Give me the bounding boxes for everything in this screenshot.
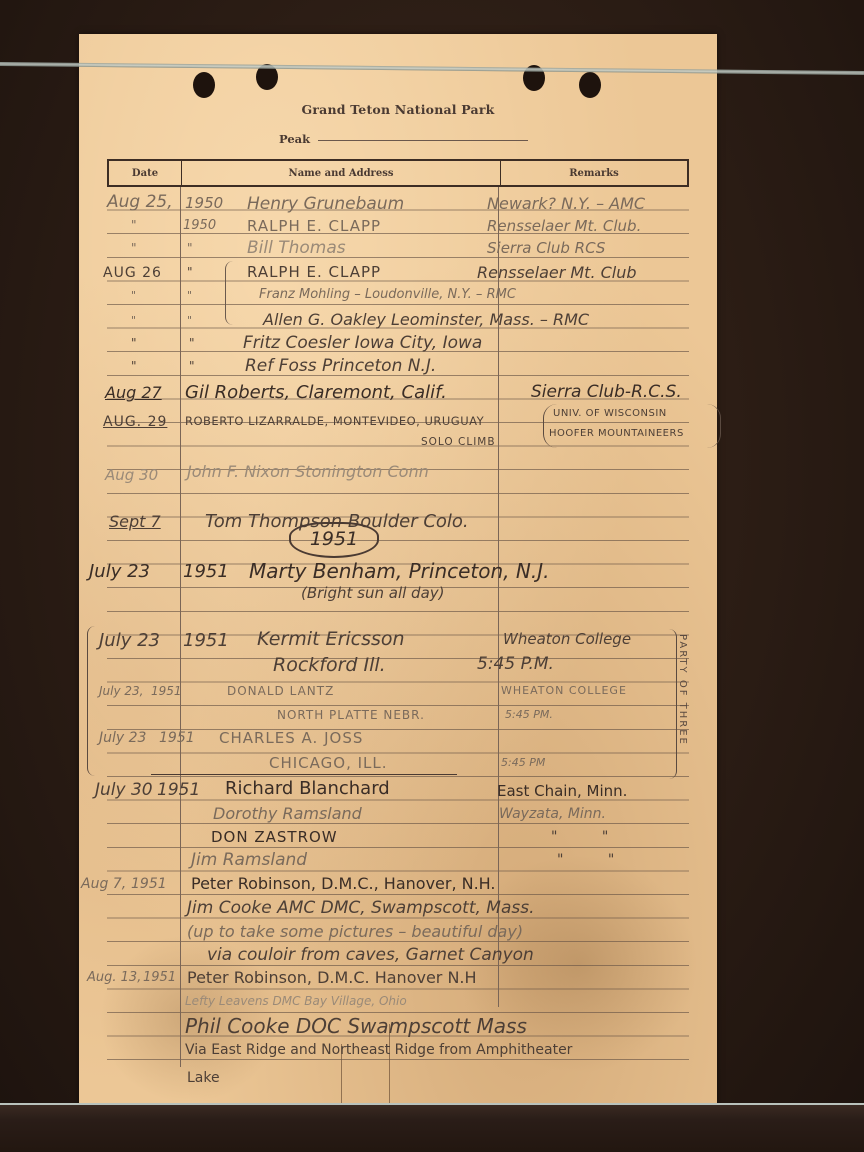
group-brace-left	[87, 626, 98, 776]
entry-remarks: HOOFER MOUNTAINEERS	[549, 428, 684, 439]
entry-date: July 23	[89, 561, 150, 582]
entry-remarks: UNIV. OF WISCONSIN	[553, 408, 667, 419]
entry-name: Phil Cooke DOC Swampscott Mass	[185, 1014, 527, 1038]
group-brace-right	[666, 629, 677, 779]
entry-date: July 23	[99, 730, 146, 746]
entry-name: Peter Robinson, D.M.C., Hanover, N.H.	[191, 874, 496, 893]
entry-year: 1951	[151, 684, 182, 698]
entry-name: Gil Roberts, Claremont, Calif.	[185, 382, 447, 403]
entry-remarks: Wayzata, Minn.	[499, 806, 606, 822]
entry-note: via couloir from caves, Garnet Canyon	[207, 945, 534, 965]
entry-year: "	[187, 314, 192, 327]
column-header-remarks: Remarks	[501, 161, 687, 185]
entry-note: (up to take some pictures – beautiful da…	[187, 922, 523, 941]
entry-name: Fritz Coesler Iowa City, Iowa	[243, 333, 482, 353]
entry-name: Richard Blanchard	[225, 778, 390, 799]
column-header-name: Name and Address	[182, 161, 501, 185]
entry-remarks: WHEATON COLLEGE	[501, 684, 627, 697]
entry-year: 1950	[183, 218, 216, 233]
entry-name: DON ZASTROW	[211, 828, 338, 846]
entry-year: 1951	[131, 876, 167, 892]
entry-date: July 23	[99, 630, 160, 651]
punch-hole	[193, 72, 215, 98]
peak-blank-line	[318, 140, 528, 141]
entry-date: "	[131, 289, 136, 302]
display-shelf	[0, 1103, 864, 1152]
entry-date: July 30	[95, 780, 153, 800]
entry-date: Sept 7	[109, 512, 161, 531]
entry-name: Dorothy Ramsland	[213, 804, 362, 823]
entry-note: Lake	[187, 1070, 220, 1086]
entry-name: Allen G. Oakley Leominster, Mass. – RMC	[263, 310, 589, 329]
peak-label: Peak	[279, 132, 310, 146]
entry-name: Bill Thomas	[247, 238, 346, 258]
section-underline	[151, 774, 457, 775]
entry-note: (Bright sun all day)	[301, 584, 445, 602]
entry-name: Marty Benham, Princeton, N.J.	[249, 559, 549, 583]
entry-address: CHICAGO, ILL.	[269, 754, 388, 772]
group-brace	[225, 261, 234, 325]
entry-date: Aug. 13,	[87, 970, 141, 985]
entry-name: Kermit Ericsson	[257, 628, 405, 650]
summit-register-sheet: Grand Teton National Park Peak Date Name…	[79, 34, 717, 1106]
entry-date: "	[131, 218, 137, 232]
entry-year: 1951	[183, 561, 229, 582]
entry-year: "	[189, 359, 195, 373]
entry-date: Aug 7,	[81, 876, 126, 892]
entry-time: 5:45 PM.	[505, 708, 553, 721]
entry-date: AUG 26	[103, 265, 162, 281]
entry-year: 1950	[185, 194, 223, 212]
entry-date: Aug 25,	[107, 192, 173, 212]
entry-time: 5:45 P.M.	[477, 654, 554, 674]
entry-year: "	[187, 289, 192, 302]
entry-name: Lefty Leavens DMC Bay Village, Ohio	[185, 994, 407, 1008]
entry-address: Rockford Ill.	[273, 654, 386, 676]
entry-date: "	[131, 241, 137, 255]
entry-name-note: SOLO CLIMB	[421, 436, 496, 448]
entry-remarks: Rensselaer Mt. Club.	[487, 217, 641, 235]
entry-date: Aug 30	[105, 466, 158, 484]
entry-name: Jim Cooke AMC DMC, Swampscott, Mass.	[187, 898, 535, 918]
entry-name: Ref Foss Princeton N.J.	[245, 356, 436, 376]
entry-name: Franz Mohling – Loudonville, N.Y. – RMC	[259, 287, 516, 302]
entry-note: Via East Ridge and Northeast Ridge from …	[185, 1042, 572, 1058]
entry-name: DONALD LANTZ	[227, 684, 334, 698]
entry-address: NORTH PLATTE NEBR.	[277, 708, 425, 722]
column-header-date: Date	[109, 161, 182, 185]
entry-name: RALPH E. CLAPP	[247, 263, 381, 281]
entry-year: 1951	[157, 780, 200, 800]
entry-date: "	[131, 314, 136, 327]
entry-remarks: East Chain, Minn.	[497, 782, 627, 800]
entry-remarks: " "	[557, 852, 634, 868]
entry-year: 1951	[159, 730, 195, 746]
entry-remarks: Wheaton College	[503, 630, 631, 648]
circled-year-1951: 1951	[289, 522, 379, 558]
entry-remarks: Sierra Club RCS	[487, 239, 605, 257]
entry-date: "	[131, 336, 137, 350]
entry-year: "	[187, 265, 193, 279]
entry-date: "	[131, 359, 137, 373]
entry-time: 5:45 PM	[501, 756, 545, 769]
party-of-three-note: PARTY OF THREE	[677, 634, 688, 746]
entry-remarks: Sierra Club-R.C.S.	[531, 382, 682, 402]
entry-year: 1951	[143, 970, 176, 985]
entry-year: 1951	[183, 630, 229, 651]
entry-name: CHARLES A. JOSS	[219, 729, 363, 747]
entry-name: Peter Robinson, D.M.C. Hanover N.H	[187, 968, 477, 987]
peak-field: Peak	[279, 132, 528, 146]
document-title: Grand Teton National Park	[79, 102, 717, 117]
entry-remarks: " "	[551, 829, 628, 845]
date-column-divider	[180, 187, 181, 1067]
entry-date: Aug 27	[105, 383, 162, 402]
entry-name: John F. Nixon Stonington Conn	[187, 462, 429, 481]
punch-hole	[579, 72, 601, 98]
entry-remarks: Newark? N.Y. – AMC	[487, 194, 645, 213]
entry-year: "	[187, 241, 193, 255]
entry-name: ROBERTO LIZARRALDE, MONTEVIDEO, URUGUAY	[185, 414, 484, 428]
entry-name: Henry Grunebaum	[247, 194, 404, 214]
entry-year: "	[189, 336, 195, 350]
entry-date: AUG. 29	[103, 414, 167, 430]
entry-name: Jim Ramsland	[191, 850, 307, 870]
entry-remarks: Rensselaer Mt. Club	[477, 263, 637, 282]
entry-name: RALPH E. CLAPP	[247, 217, 381, 235]
column-header-row: Date Name and Address Remarks	[107, 159, 689, 187]
entry-date: July 23,	[99, 684, 143, 698]
